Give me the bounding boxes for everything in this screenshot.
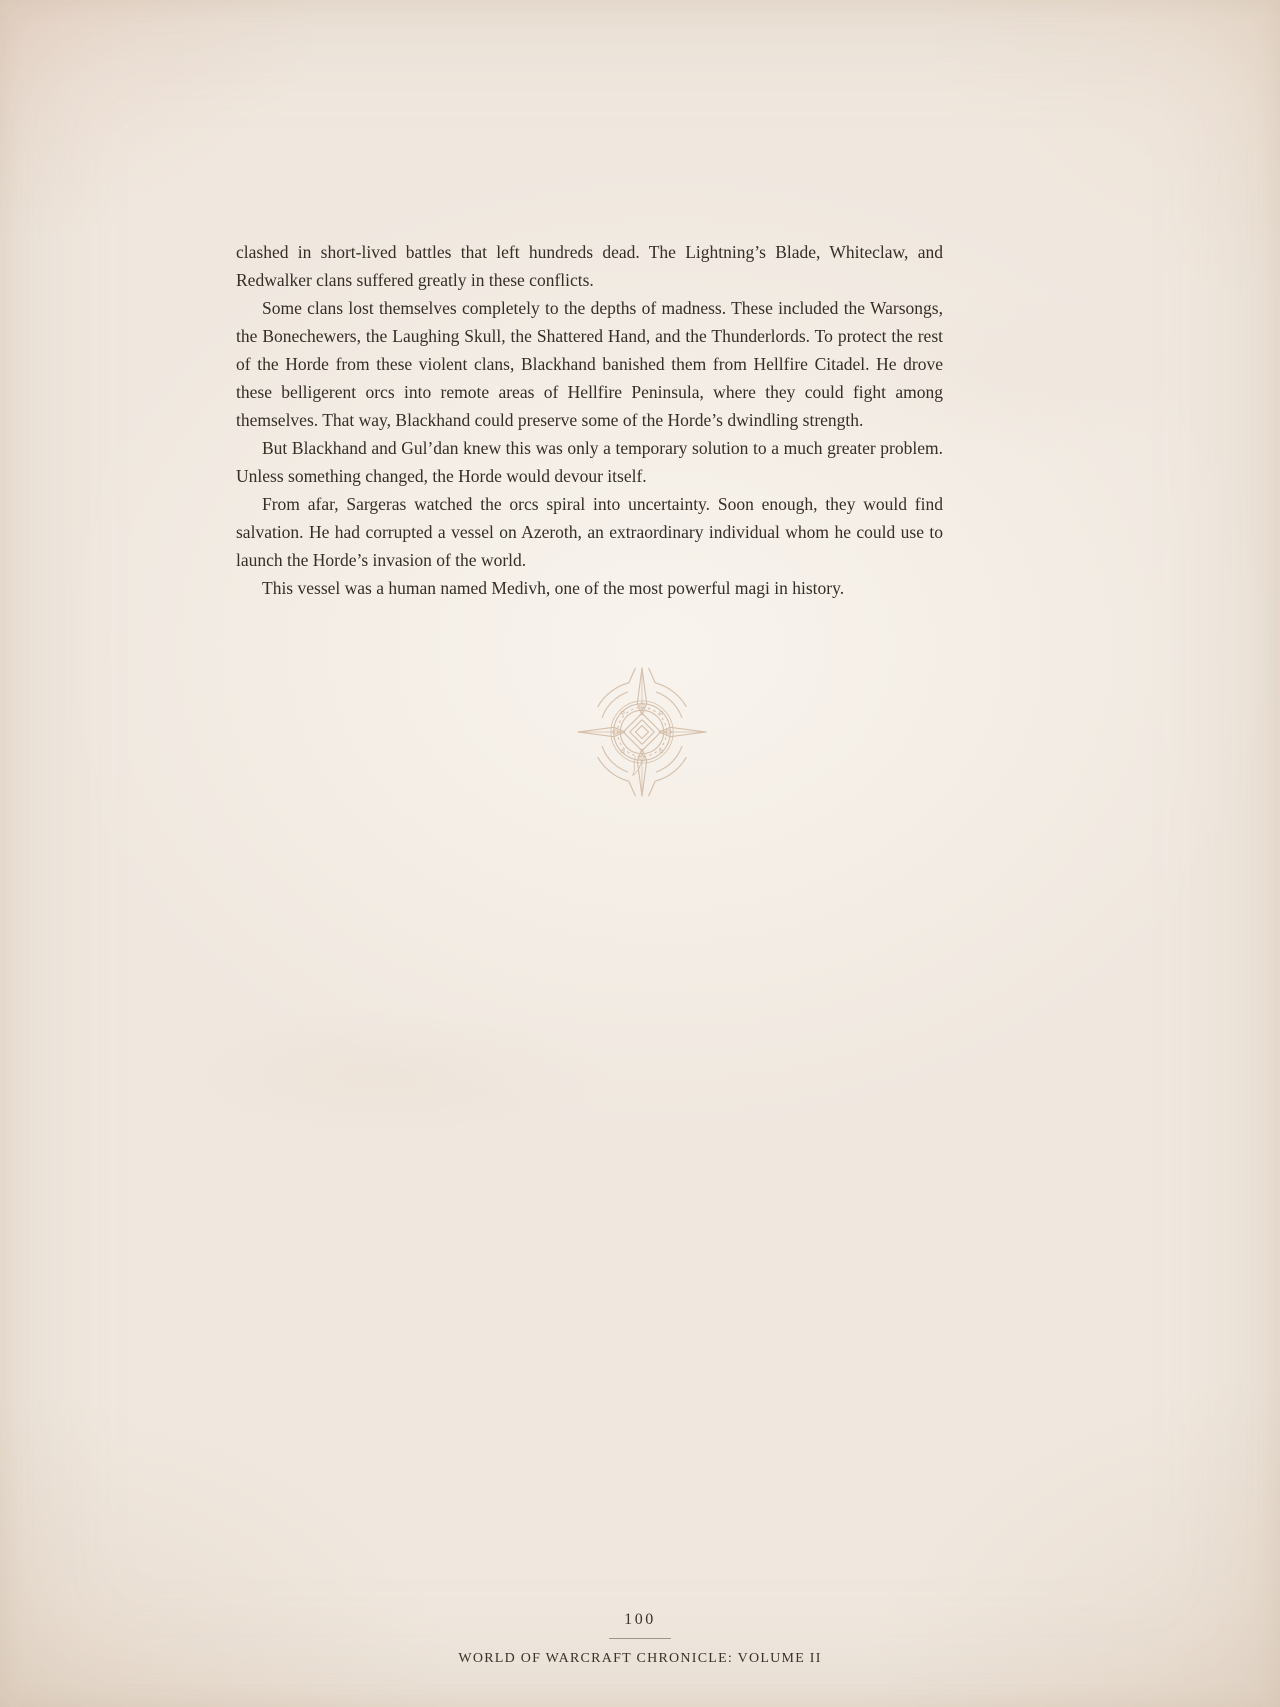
body-paragraph: From afar, Sargeras watched the orcs spi… xyxy=(236,490,943,574)
book-page: clashed in short-lived battles that left… xyxy=(0,0,1280,1707)
body-paragraph: This vessel was a human named Medivh, on… xyxy=(236,574,943,602)
text-block: clashed in short-lived battles that left… xyxy=(236,238,943,602)
page-footer: 100 WORLD OF WARCRAFT CHRONICLE: VOLUME … xyxy=(0,1611,1280,1667)
body-paragraph: Some clans lost themselves completely to… xyxy=(236,294,943,434)
body-paragraph: But Blackhand and Gul’dan knew this was … xyxy=(236,434,943,490)
page-number: 100 xyxy=(0,1611,1280,1629)
body-paragraph: clashed in short-lived battles that left… xyxy=(236,238,943,294)
compass-rose-ornament-icon xyxy=(576,666,708,798)
footer-divider xyxy=(609,1638,671,1639)
book-title: WORLD OF WARCRAFT CHRONICLE: VOLUME II xyxy=(0,1651,1280,1667)
